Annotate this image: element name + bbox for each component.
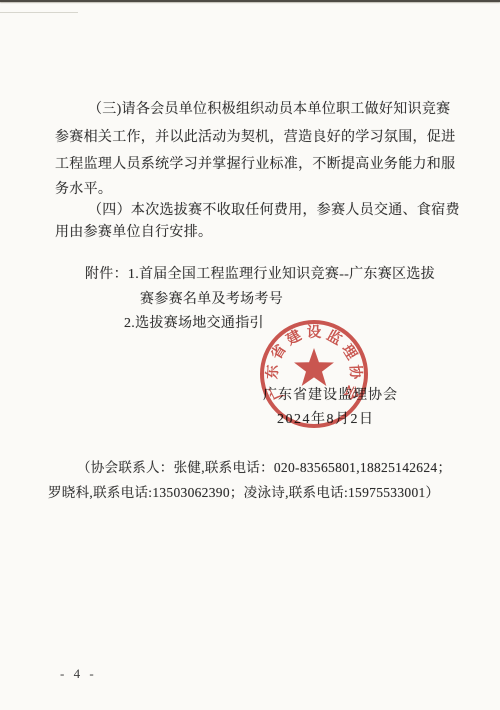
attachment-line-3: 2.选拔赛场地交通指引 — [124, 316, 264, 331]
scan-top-edge-line — [0, 0, 500, 2]
scanned-document-page: （三)请各会员单位积极组织动员本单位职工做好知识竞赛 参赛相关工作，并以此活动为… — [0, 0, 500, 710]
seal-char: 设 — [307, 323, 322, 341]
para-four-line-1: （四）本次选拔赛不收取任何费用，参赛人员交通、食宿费 — [88, 203, 460, 218]
scan-artifact-line — [0, 12, 78, 13]
contact-line-1: （协会联系人：张健,联系电话：020-83565801,18825142624； — [77, 460, 451, 475]
para-four-line-2: 用由参赛单位自行安排。 — [55, 225, 212, 240]
seal-char: 协 — [347, 364, 365, 380]
official-seal: 广 东 省 建 设 监 理 协 会 — [256, 318, 372, 434]
attachment-line-2: 赛参赛名单及考场考号 — [140, 292, 283, 307]
para-three-line-3: 工程监理人员系统学习并掌握行业标准，不断提高业务能力和服 — [55, 157, 455, 172]
attachment-line-1: 附件：1.首届全国工程监理行业知识竞赛--广东赛区选拔 — [85, 267, 435, 282]
page-number: - 4 - — [60, 666, 97, 682]
star-icon — [294, 348, 334, 386]
para-three-line-4: 务水平。 — [55, 182, 112, 197]
para-three-line-2: 参赛相关工作，并以此活动为契机，营造良好的学习氛围，促进 — [55, 130, 455, 145]
contact-line-2: 罗晓科,联系电话:13503062390；凌泳诗,联系电话:1597553300… — [48, 485, 439, 500]
para-three-line-1: （三)请各会员单位积极组织动员本单位职工做好知识竞赛 — [88, 102, 450, 117]
seal-char: 东 — [263, 364, 282, 380]
